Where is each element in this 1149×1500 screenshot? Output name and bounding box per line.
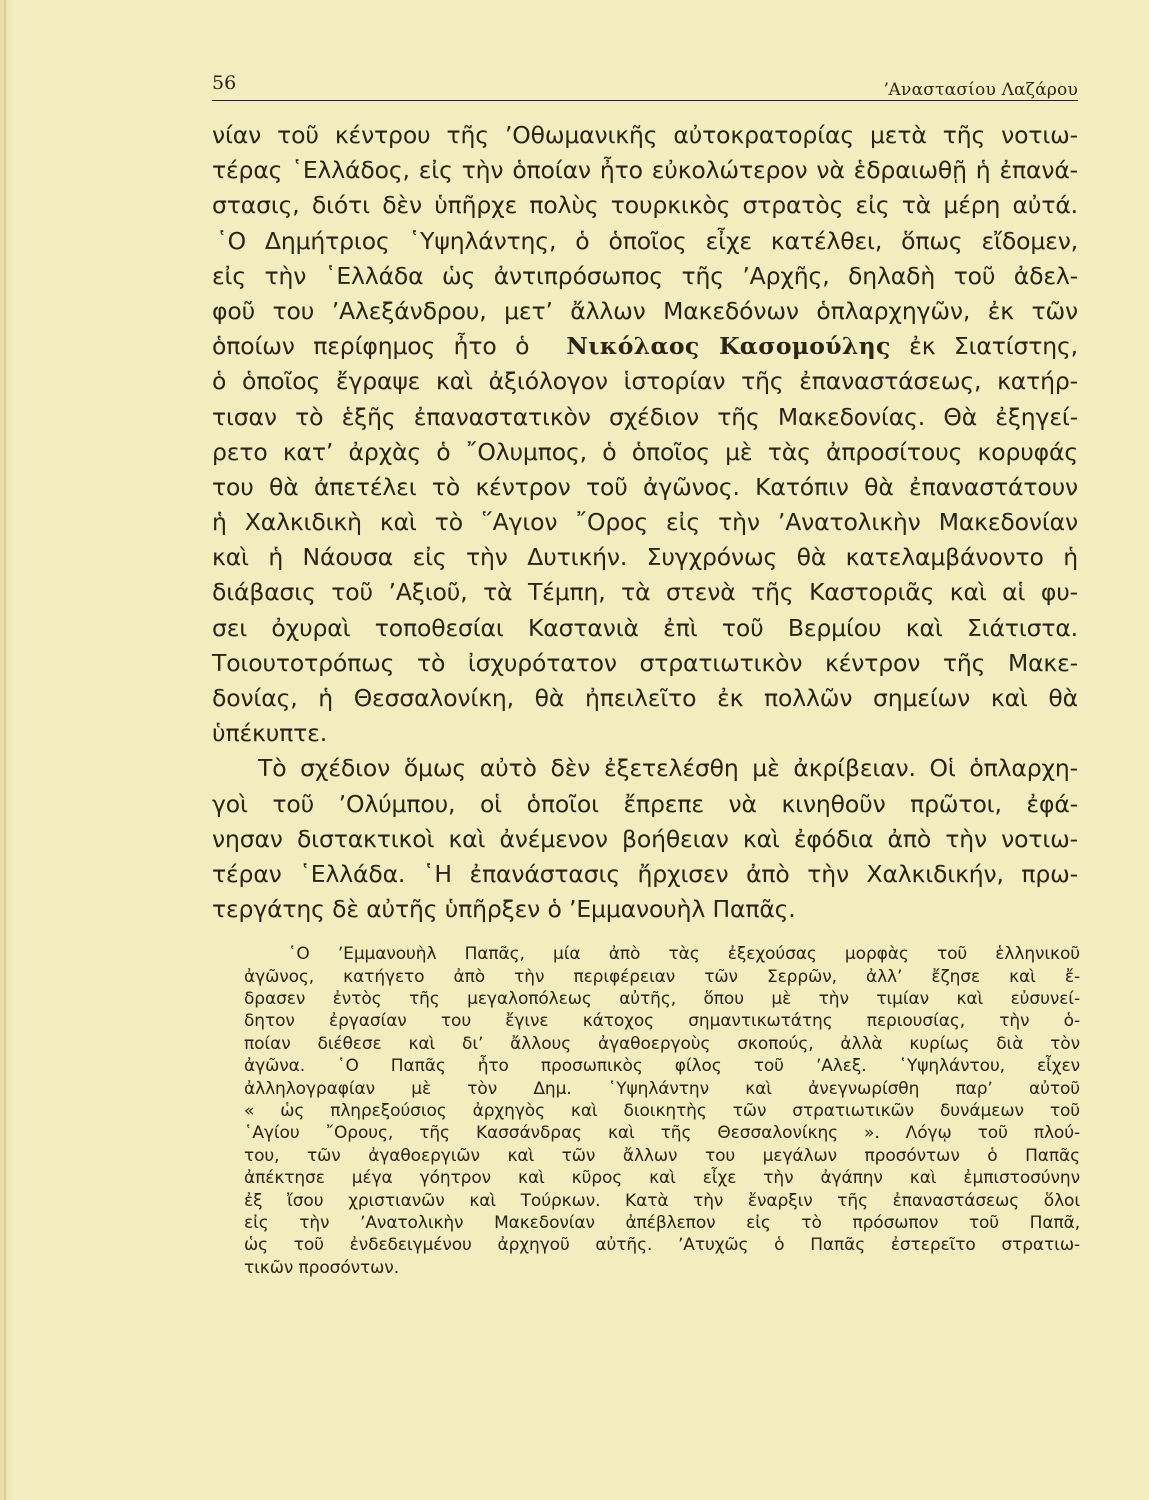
text-line: τέρας ῾Ελλάδος, εἰς τὴν ὁποίαν ἦτο εὐκολ…: [212, 153, 1078, 188]
text-fragment: ὁποίων περίφημος ἦτο ὁ: [212, 332, 529, 360]
book-page: 56 ʼΑναστασίου Λαζάρου νίαν τοῦ κέντρου …: [212, 66, 1078, 1279]
text-line: ρετο κατʼ ἀρχὰς ὁ ῎Ολυμπος, ὁ ὁποῖος μὲ …: [212, 435, 1078, 470]
footnote-line: ῾Ο ʼΕμμανουὴλ Παπᾶς, μία ἀπὸ τὰς ἐξεχούσ…: [244, 943, 1080, 965]
bold-person-name: Νικόλαος Κασομούλης: [566, 332, 890, 360]
footnote-line: δητον ἐργασίαν του ἔγινε κάτοχος σημαντι…: [244, 1010, 1080, 1032]
text-line-with-name: ὁποίων περίφημος ἦτο ὁ Νικόλαος Κασομούλ…: [212, 329, 1078, 364]
text-line: νίαν τοῦ κέντρου τῆς ʼΟθωμανικῆς αὐτοκρα…: [212, 118, 1078, 153]
text-line: του θὰ ἀπετέλει τὸ κέντρον τοῦ ἀγῶνος. Κ…: [212, 470, 1078, 505]
text-line: γοὶ τοῦ ʼΟλύμπου, οἱ ὁποῖοι ἔπρεπε νὰ κι…: [212, 787, 1078, 822]
running-title: ʼΑναστασίου Λαζάρου: [883, 80, 1078, 100]
footnote-line: ἀγῶνος, κατήγετο ἀπὸ τὴν περιφέρειαν τῶν…: [244, 966, 1080, 988]
footnote-line: ἀγῶνα. ῾Ο Παπᾶς ἦτο προσωπικὸς φίλος τοῦ…: [244, 1055, 1080, 1077]
footnote-line: « ὡς πληρεξούσιος ἀρχηγὸς καὶ διοικητὴς …: [244, 1100, 1080, 1122]
text-line: Τὸ σχέδιον ὅμως αὐτὸ δὲν ἐξετελέσθη μὲ ἀ…: [212, 751, 1078, 786]
text-fragment: ἐκ Σιατίστης,: [909, 332, 1078, 360]
footnote-line: ποίαν διέθεσε καὶ διʼ ἄλλους ἀγαθοεργοὺς…: [244, 1033, 1080, 1055]
text-line: Τοιουτοτρόπως τὸ ἰσχυρότατον στρατιωτικὸ…: [212, 646, 1078, 681]
text-line: στασις, διότι δὲν ὑπῆρχε πολὺς τουρκικὸς…: [212, 188, 1078, 223]
text-line: καὶ ἡ Νάουσα εἰς τὴν Δυτικήν. Συγχρόνως …: [212, 540, 1078, 575]
text-line: τέραν ῾Ελλάδα. ῾Η ἐπανάστασις ἤρχισεν ἀπ…: [212, 857, 1078, 892]
page-number: 56: [212, 72, 236, 94]
footnote-line: ὡς τοῦ ἐνδεδειγμένου ἀρχηγοῦ αὐτῆς. ʼΑτυ…: [244, 1234, 1080, 1256]
text-line: διάβασις τοῦ ʼΑξιοῦ, τὰ Τέμπη, τὰ στενὰ …: [212, 575, 1078, 610]
footnote-line: εἰς τὴν ʼΑνατολικὴν Μακεδονίαν ἀπέβλεπον…: [244, 1212, 1080, 1234]
text-line: τεργάτης δὲ αὐτῆς ὑπῆρξεν ὁ ʼΕμμανουὴλ Π…: [212, 892, 1078, 927]
text-line: δονίας, ἡ Θεσσαλονίκη, θὰ ἠπειλεῖτο ἐκ π…: [212, 681, 1078, 716]
footnote-line: δρασεν ἐντὸς τῆς μεγαλοπόλεως αὐτῆς, ὅπο…: [244, 988, 1080, 1010]
footnote-line: ἐξ ἴσου χριστιανῶν καὶ Τούρκων. Κατὰ τὴν…: [244, 1190, 1080, 1212]
text-line: ἡ Χαλκιδικὴ καὶ τὸ ῞Αγιον ῎Ορος εἰς τὴν …: [212, 505, 1078, 540]
text-line: ῾Ο Δημήτριος ῾Υψηλάντης, ὁ ὁποῖος εἶχε κ…: [212, 224, 1078, 259]
text-line: εἰς τὴν ῾Ελλάδα ὡς ἀντιπρόσωπος τῆς ʼΑρχ…: [212, 259, 1078, 294]
footnote: ῾Ο ʼΕμμανουὴλ Παπᾶς, μία ἀπὸ τὰς ἐξεχούσ…: [212, 943, 1080, 1279]
footnote-line: ῾Αγίου ῎Ορους, τῆς Κασσάνδρας καὶ τῆς Θε…: [244, 1122, 1080, 1144]
footnote-line: του, τῶν ἀγαθοεργιῶν καὶ τῶν ἄλλων του μ…: [244, 1145, 1080, 1167]
text-line: τισαν τὸ ἑξῆς ἐπαναστατικὸν σχέδιον τῆς …: [212, 400, 1078, 435]
running-head: 56 ʼΑναστασίου Λαζάρου: [212, 66, 1078, 101]
text-line: σει ὀχυραὶ τοποθεσίαι Καστανιὰ ἐπὶ τοῦ Β…: [212, 611, 1078, 646]
main-text: νίαν τοῦ κέντρου τῆς ʼΟθωμανικῆς αὐτοκρα…: [212, 118, 1078, 927]
text-line: νησαν διστακτικοὶ καὶ ἀνέμενον βοήθειαν …: [212, 822, 1078, 857]
text-line: ὁ ὁποῖος ἔγραψε καὶ ἀξιόλογον ἱστορίαν τ…: [212, 364, 1078, 399]
footnote-line: τικῶν προσόντων.: [244, 1257, 1080, 1279]
page-edge: [4, 0, 6, 1500]
footnote-line: ἀπέκτησε μέγα γόητρον καὶ κῦρος καὶ εἶχε…: [244, 1167, 1080, 1189]
text-line: ὑπέκυπτε.: [212, 716, 1078, 751]
footnote-line: ἀλληλογραφίαν μὲ τὸν Δημ. ῾Υψηλάντην καὶ…: [244, 1078, 1080, 1100]
text-line: φοῦ του ʼΑλεξάνδρου, μετʼ ἄλλων Μακεδόνω…: [212, 294, 1078, 329]
